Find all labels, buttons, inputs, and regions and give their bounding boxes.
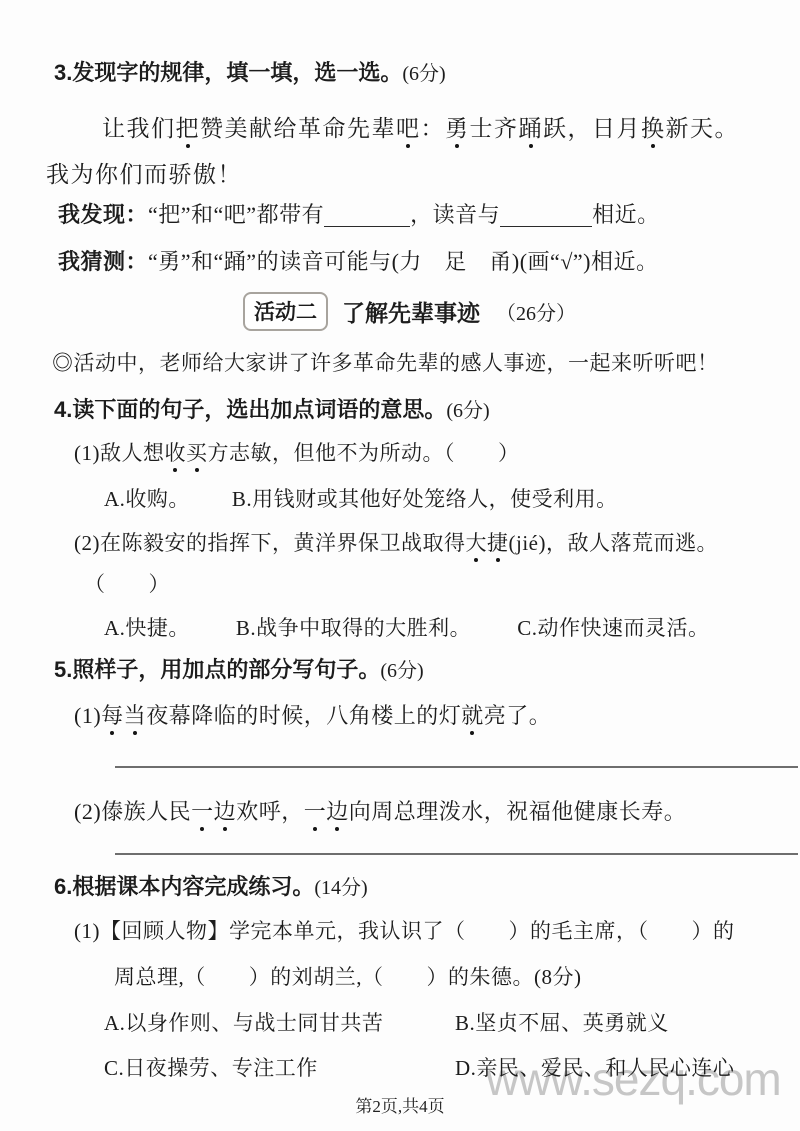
question-4-item-2-options: A.快捷。 B.战争中取得的大胜利。 C.动作快速而灵活。 (104, 612, 709, 642)
question-6-score: (14分) (314, 877, 367, 899)
question-6-option-c: C.日夜操劳、专注工作 (104, 1052, 318, 1082)
question-5-score: (6分) (380, 660, 423, 682)
question-6-option-d: D.亲民、爱民、和人民心连心 (455, 1052, 734, 1082)
question-4-item-2: (2)在陈毅安的指挥下，黄洋界保卫战取得大捷(jié)，敌人落荒而逃。 (74, 527, 718, 557)
question-3-guess-line: 我猜测：“勇”和“踊”的读音可能与(力 足 甬)(画“√”)相近。 (58, 245, 658, 276)
guess-sentence: “勇”和“踊”的读音可能与(力 足 甬)(画“√”)相近。 (148, 249, 658, 274)
question-5-item-1: (1)每当夜幕降临的时候，八角楼上的灯就亮了。 (74, 699, 551, 730)
question-6-item-1-line-2: 周总理,（ ）的刘胡兰,（ ）的朱德。(8分) (114, 961, 582, 991)
activity-2-score: （26分） (496, 297, 576, 326)
option-b: B.战争中取得的大胜利。 (236, 612, 471, 642)
option-a: A.快捷。 (104, 612, 190, 642)
activity-2-title: 了解先辈事迹 (342, 295, 480, 328)
question-3-found-line: 我发现：“把”和“吧”都带有，读音与相近。 (58, 198, 660, 229)
question-5-title: 5.照样子，用加点的部分写句子。(6分) (54, 653, 424, 684)
guess-label: 我猜测： (58, 249, 148, 274)
activity-2-header: 活动二 了解先辈事迹 （26分） (243, 292, 576, 331)
activity-2-badge: 活动二 (243, 292, 328, 331)
option-b: B.用钱财或其他好处笼络人，使受利用。 (232, 483, 618, 513)
question-4-text: 4.读下面的句子，选出加点词语的意思。 (54, 397, 446, 422)
option-a: A.收购。 (104, 483, 190, 513)
question-4-title: 4.读下面的句子，选出加点词语的意思。(6分) (54, 393, 490, 424)
question-5-item-2: (2)傣族人民一边欢呼，一边向周总理泼水，祝福他健康长寿。 (74, 795, 686, 826)
question-3-passage: 让我们把赞美献给革命先辈吧：勇士齐踊跃，日月换新天。我为你们而骄傲！ (46, 106, 760, 198)
option-c: C.动作快速而灵活。 (517, 612, 709, 642)
question-4-item-1: (1)敌人想收买方志敏，但他不为所动。（ ） (74, 437, 520, 467)
question-4-score: (6分) (446, 400, 489, 422)
found-label: 我发现： (58, 202, 148, 227)
worksheet-page: www.sezq.com 3.发现字的规律，填一填，选一选。(6分) 让我们把赞… (0, 0, 800, 1131)
question-6-text: 6.根据课本内容完成练习。 (54, 874, 314, 899)
answer-line-2 (115, 853, 798, 855)
question-5-text: 5.照样子，用加点的部分写句子。 (54, 657, 380, 682)
question-6-title: 6.根据课本内容完成练习。(14分) (54, 870, 368, 901)
question-3-title: 3.发现字的规律，填一填，选一选。(6分) (54, 56, 446, 87)
question-4-item-2-bracket: （ ） (84, 568, 170, 598)
question-6-item-1-line-1: (1)【回顾人物】学完本单元，我认识了（ ）的毛主席，（ ）的 (74, 915, 734, 945)
question-6-option-a: A.以身作则、与战士同甘共苦 (104, 1007, 383, 1037)
activity-2-intro: ◎活动中，老师给大家讲了许多革命先辈的感人事迹，一起来听听吧！ (52, 347, 719, 377)
question-6-option-b: B.坚贞不屈、英勇就义 (455, 1007, 669, 1037)
question-3-text: 3.发现字的规律，填一填，选一选。 (54, 60, 402, 85)
found-sentence: “把”和“吧”都带有，读音与相近。 (148, 202, 660, 227)
question-4-item-1-options: A.收购。 B.用钱财或其他好处笼络人，使受利用。 (104, 483, 618, 513)
question-3-score: (6分) (402, 63, 445, 85)
page-footer: 第2页,共4页 (0, 1092, 800, 1117)
answer-line-1 (115, 766, 798, 768)
